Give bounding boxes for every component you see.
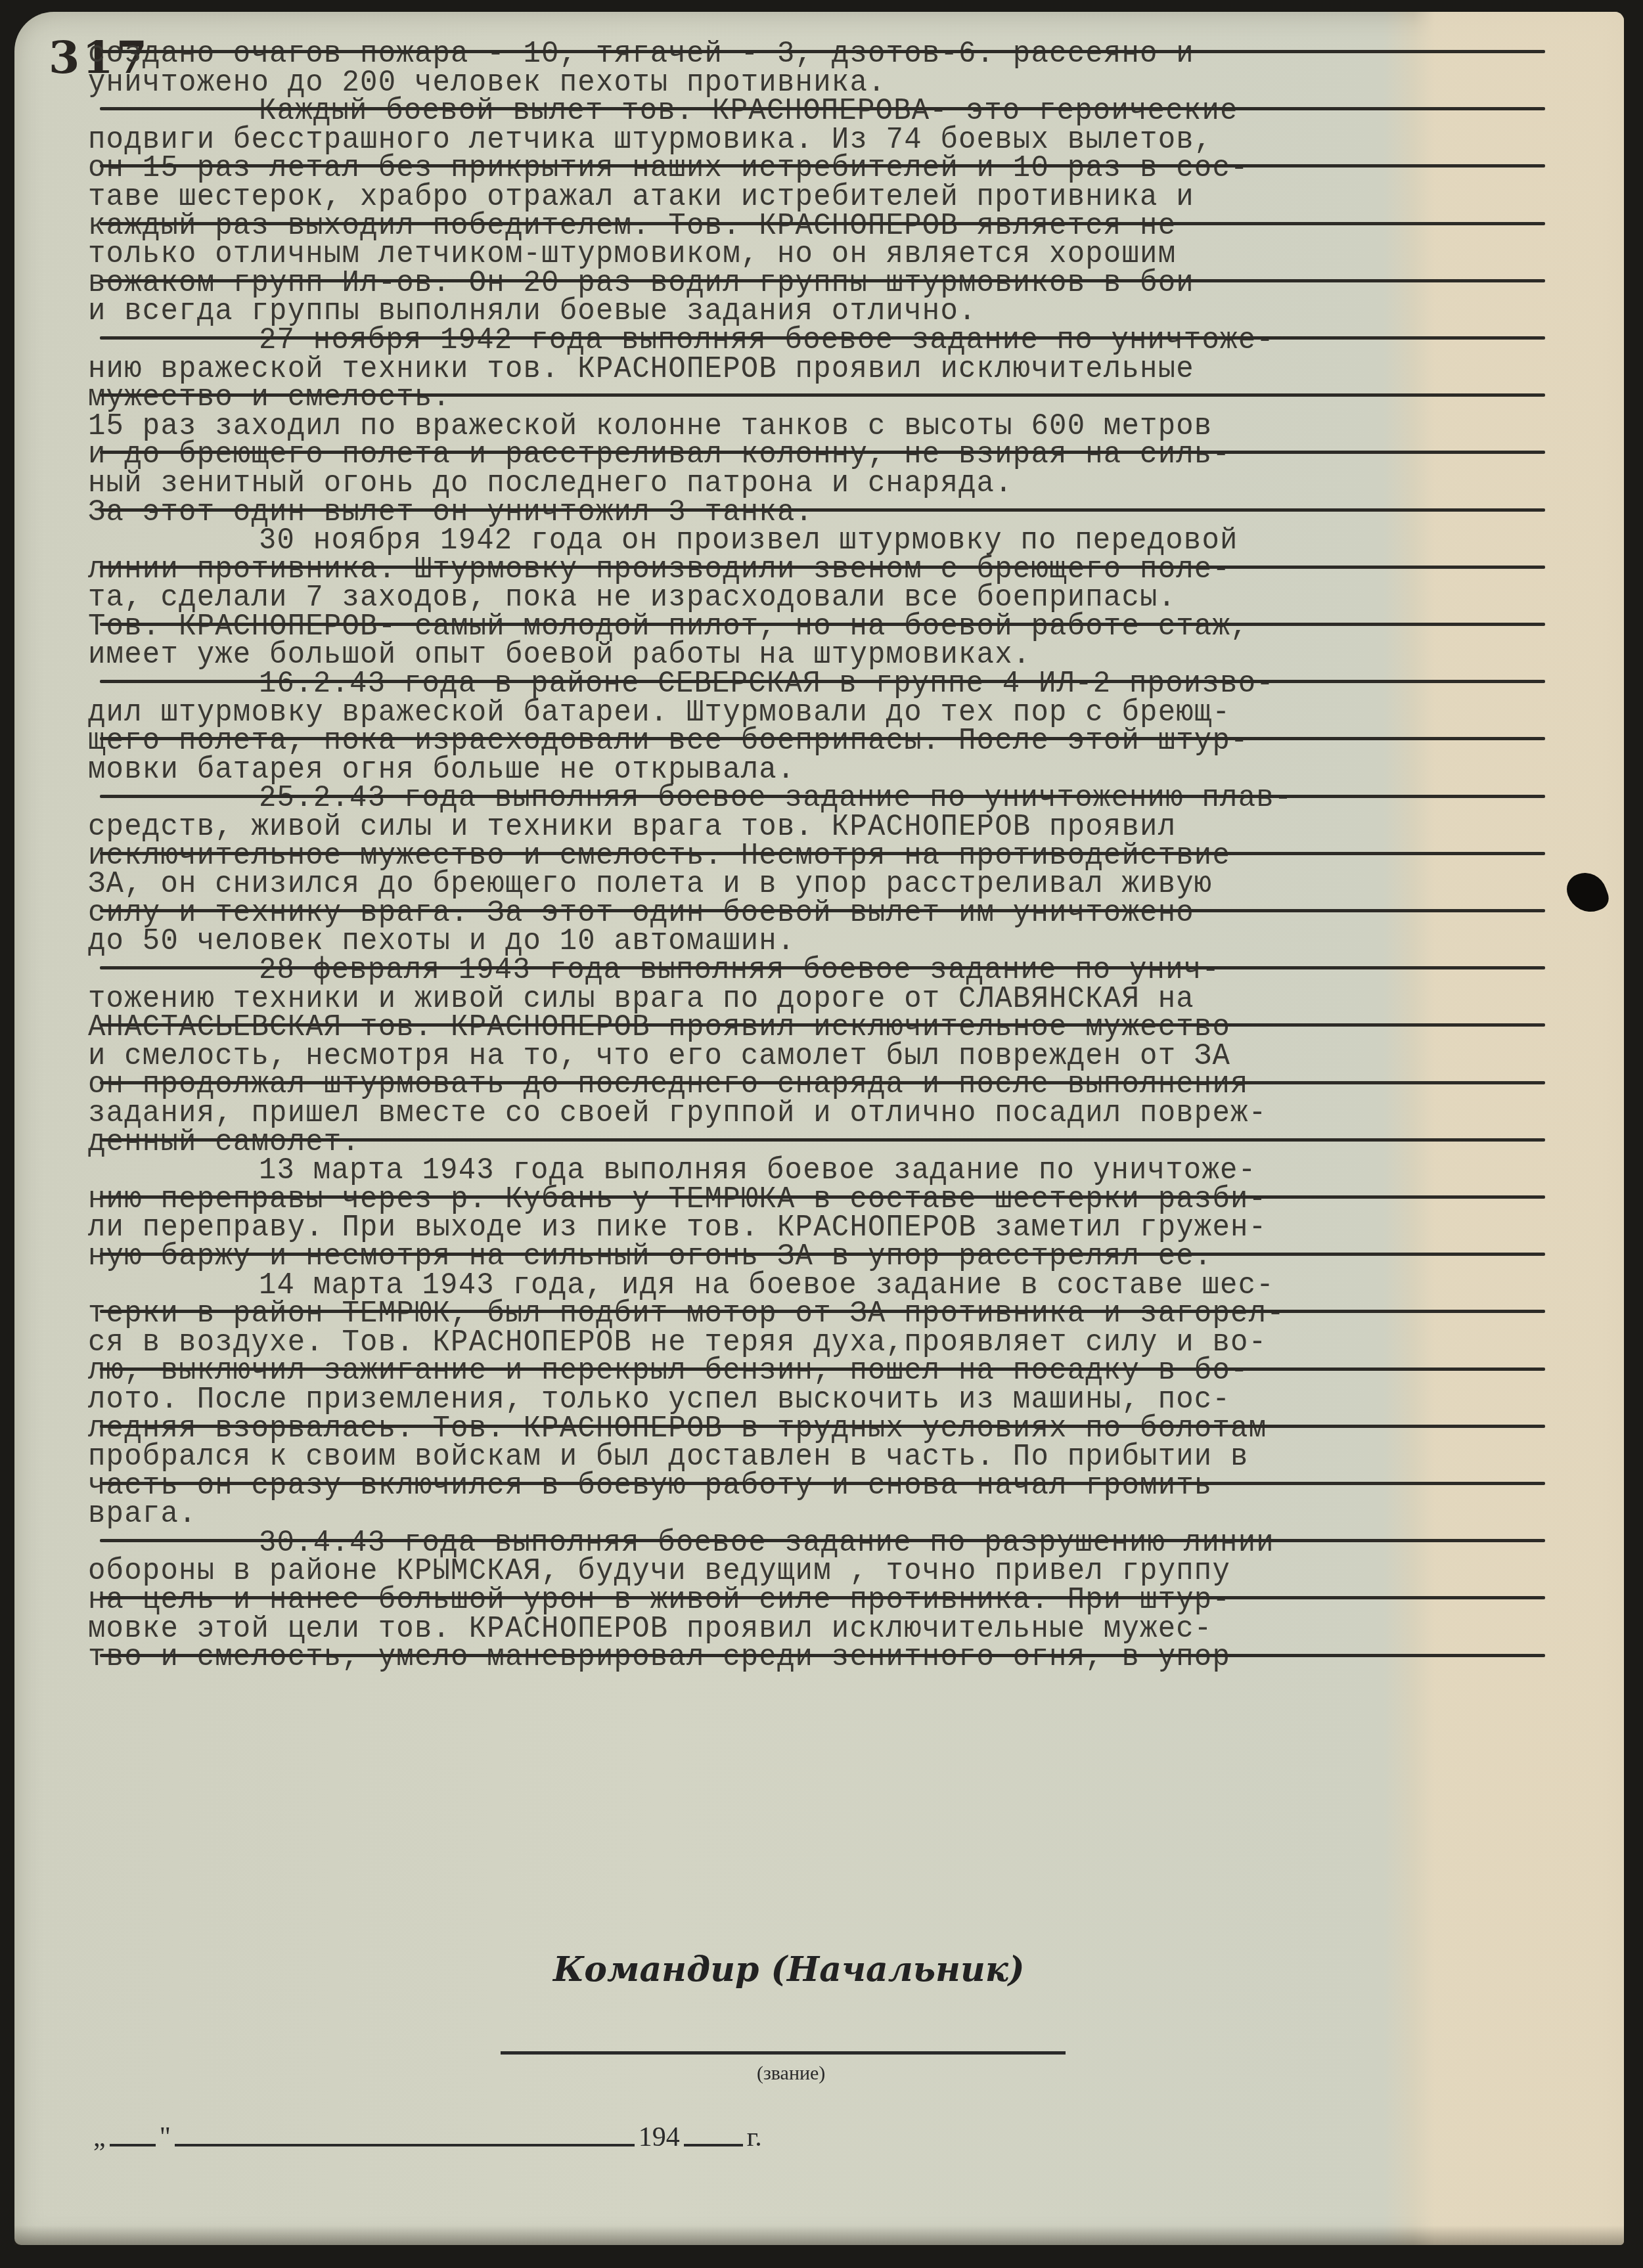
text-line: 16.2.43 года в районе СЕВЕРСКАЯ в группе…	[88, 669, 1566, 699]
date-close-quote: "	[160, 2122, 171, 2153]
form-rule-line	[100, 852, 1545, 855]
text-line: щего полета, пока израсходовали все боеп…	[88, 726, 1566, 756]
form-rule-line	[100, 1195, 1545, 1199]
form-rule-line	[100, 795, 1545, 798]
form-rule-line	[100, 566, 1545, 569]
form-rule-line	[100, 1425, 1545, 1428]
text-line: ный зенитный огонь до последнего патрона…	[88, 468, 1566, 499]
text-line: имеет уже большой опыт боевой работы на …	[88, 640, 1566, 670]
text-line: подвиги бесстрашного летчика штурмовика.…	[88, 125, 1566, 155]
form-rule-line	[100, 1023, 1545, 1027]
text-line: врага.	[88, 1499, 1566, 1529]
text-line: лю, выключил зажигание и перекрыл бензин…	[88, 1356, 1566, 1386]
document-page: 317 создано очагов пожара - 10, тягачей …	[14, 12, 1624, 2245]
text-line: и смелость, несмотря на то, что его само…	[88, 1041, 1566, 1071]
text-line: Тов. КРАСНОПЕРОВ- самый молодой пилот, н…	[88, 611, 1566, 642]
text-line: тво и смелость, умело маневрировал среди…	[88, 1642, 1566, 1672]
text-line: мужество и смелость.	[88, 382, 1566, 412]
text-line: исключительное мужество и смелость. Несм…	[88, 841, 1566, 871]
date-line: „ " 194 г.	[93, 2122, 762, 2153]
text-line: нию переправы через р. Кубань у ТЕМРЮКА …	[88, 1184, 1566, 1214]
text-line: тожению техники и живой силы врага по до…	[88, 984, 1566, 1014]
form-rule-line	[100, 1539, 1545, 1542]
form-rule-line	[100, 1138, 1545, 1142]
text-line: 27 ноября 1942 года выполняя боевое зада…	[88, 325, 1566, 355]
text-line: уничтожено до 200 человек пехоты противн…	[88, 68, 1566, 98]
text-line: 14 марта 1943 года, идя на боевое задани…	[88, 1270, 1566, 1300]
text-line: таве шестерок, храбро отражал атаки истр…	[88, 182, 1566, 212]
text-line: средств, живой силы и техники врага тов.…	[88, 812, 1566, 842]
form-rule-line	[100, 623, 1545, 626]
form-rule-line	[100, 1482, 1545, 1485]
text-line: мовке этой цели тов. КРАСНОПЕРОВ проявил…	[88, 1614, 1566, 1644]
text-line: задания, пришел вместе со своей группой …	[88, 1098, 1566, 1128]
form-rule-line	[100, 393, 1545, 397]
text-line: ли переправу. При выходе из пике тов. КР…	[88, 1212, 1566, 1243]
rank-label: (звание)	[757, 2062, 825, 2085]
text-line: до 50 человек пехоты и до 10 автомашин.	[88, 926, 1566, 956]
form-rule-line	[100, 508, 1545, 512]
year-blank	[684, 2144, 743, 2146]
text-line: терки в район ТЕМРЮК, был подбит мотор о…	[88, 1299, 1566, 1329]
text-line: и до бреющего полета и расстреливал коло…	[88, 439, 1566, 470]
day-blank	[110, 2144, 156, 2146]
form-rule-line	[100, 1310, 1545, 1313]
form-rule-line	[100, 1367, 1545, 1371]
form-rule-line	[100, 680, 1545, 683]
text-line: ледняя взорвалась. Тов. КРАСНОПЕРОВ в тр…	[88, 1413, 1566, 1443]
month-blank	[175, 2144, 635, 2146]
form-rule-line	[100, 222, 1545, 225]
text-line: 28 февраля 1943 года выполняя боевое зад…	[88, 955, 1566, 985]
page-bottom-shadow	[14, 2225, 1624, 2245]
text-line: и всегда группы выполняли боевые задания…	[88, 296, 1566, 326]
text-line: 15 раз заходил по вражеской колонне танк…	[88, 411, 1566, 441]
form-rule-line	[100, 1596, 1545, 1599]
form-rule-line	[100, 1654, 1545, 1657]
commander-title: Командир (Начальник)	[553, 1949, 1025, 1990]
year-suffix: г.	[747, 2122, 762, 2153]
text-line: на цель и нанес большой урон в живой сил…	[88, 1585, 1566, 1615]
text-line: та, сделали 7 заходов, пока не израсходо…	[88, 583, 1566, 613]
text-line: только отличным летчиком-штурмовиком, но…	[88, 239, 1566, 269]
text-line: нию вражеской техники тов. КРАСНОПЕРОВ п…	[88, 353, 1566, 384]
form-rule-line	[100, 909, 1545, 912]
text-line: 25.2.43 года выполняя боевое задание по …	[88, 783, 1566, 813]
text-line: АНАСТАСЬЕВСКАЯ тов. КРАСНОПЕРОВ проявил …	[88, 1012, 1566, 1042]
form-rule-line	[100, 107, 1545, 110]
text-line: 30 ноября 1942 года он произвел штурмовк…	[88, 525, 1566, 556]
text-line: он продолжал штурмовать до последнего сн…	[88, 1069, 1566, 1100]
text-line: пробрался к своим войскам и был доставле…	[88, 1442, 1566, 1472]
form-rule-line	[100, 336, 1545, 340]
text-line: каждый раз выходил победителем. Тов. КРА…	[88, 210, 1566, 240]
rank-signature-line	[501, 2051, 1066, 2055]
year-prefix: 194	[639, 2122, 680, 2153]
date-open-quote: „	[93, 2122, 106, 2153]
text-line: ся в воздухе. Тов. КРАСНОПЕРОВ не теряя …	[88, 1327, 1566, 1358]
text-line: создано очагов пожара - 10, тягачей - 3,…	[88, 39, 1566, 69]
text-line: часть он сразу включился в боевую работу…	[88, 1471, 1566, 1501]
form-rule-line	[100, 279, 1545, 282]
form-rule-line	[100, 451, 1545, 454]
text-line: вожаком групп Ил-ов. Он 20 раз водил гру…	[88, 268, 1566, 298]
text-line: ЗА, он снизился до бреющего полета и в у…	[88, 869, 1566, 899]
text-line: Каждый боевой вылет тов. КРАСНОПЕРОВА- э…	[88, 96, 1566, 126]
form-rule-line	[100, 737, 1545, 740]
form-rule-line	[100, 50, 1545, 53]
form-rule-line	[100, 1253, 1545, 1256]
text-line: он 15 раз летал без прикрытия наших истр…	[88, 153, 1566, 183]
text-line: денный самолет.	[88, 1126, 1566, 1157]
text-line: силу и технику врага. За этот один боево…	[88, 898, 1566, 928]
text-line: 13 марта 1943 года выполняя боевое задан…	[88, 1155, 1566, 1186]
text-line: ную баржу и несмотря на сильный огонь ЗА…	[88, 1241, 1566, 1272]
text-line: линии противника. Штурмовку производили …	[88, 554, 1566, 585]
text-line: лото. После приземления, только успел вы…	[88, 1385, 1566, 1415]
form-rule-line	[100, 966, 1545, 969]
text-line: За этот один вылет он уничтожил 3 танка.	[88, 497, 1566, 527]
form-rule-line	[100, 164, 1545, 167]
text-line: дил штурмовку вражеской батареи. Штурмов…	[88, 698, 1566, 728]
text-line: мовки батарея огня больше не открывала.	[88, 755, 1566, 785]
text-line: 30.4.43 года выполняя боевое задание по …	[88, 1528, 1566, 1558]
form-rule-line	[100, 1081, 1545, 1084]
text-line: обороны в районе КРЫМСКАЯ, будучи ведущи…	[88, 1556, 1566, 1586]
